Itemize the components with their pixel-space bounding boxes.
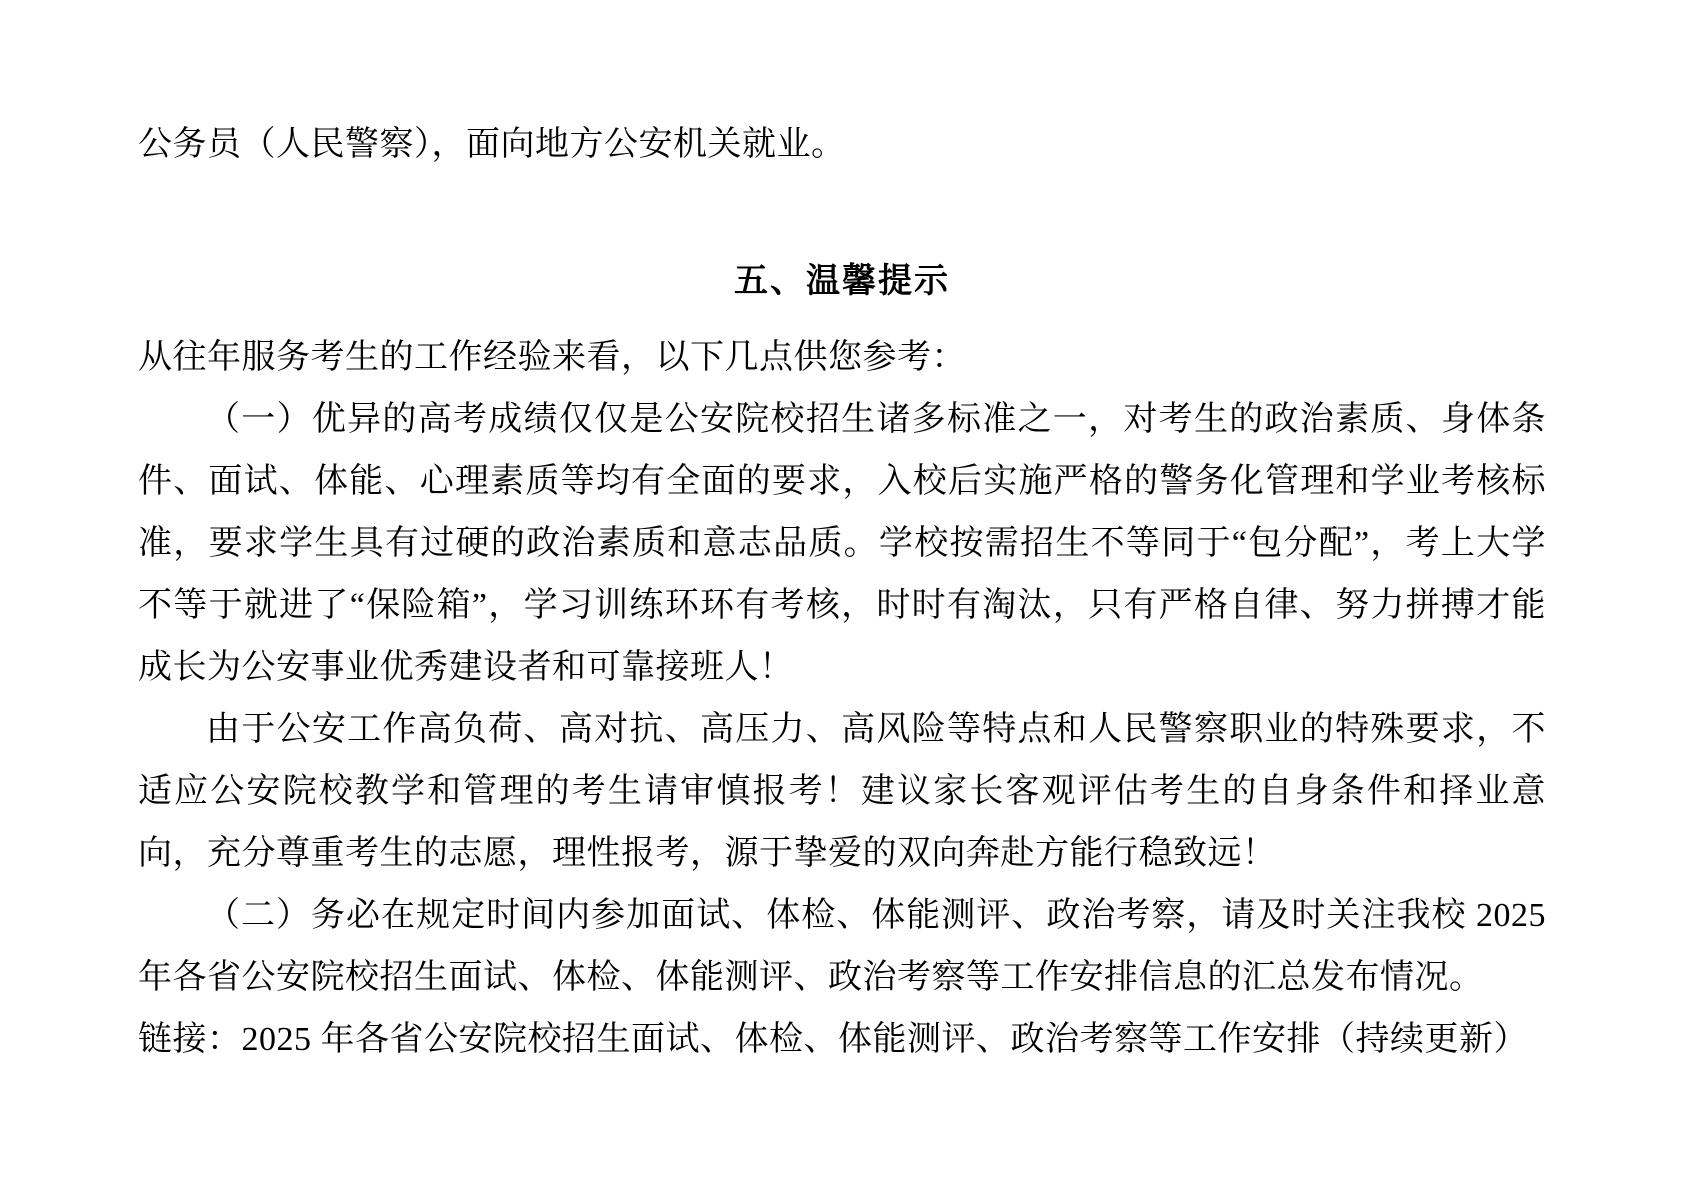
paragraph-intro: 从往年服务考生的工作经验来看，以下几点供您参考： <box>138 327 1546 389</box>
paragraph-continuation: 公务员（人民警察），面向地方公安机关就业。 <box>138 114 1546 176</box>
link-text[interactable]: 2025 年各省公安院校招生面试、体检、体能测评、政治考察等工作安排（持续更新） <box>242 1021 1529 1058</box>
section-heading: 五、温馨提示 <box>138 256 1546 306</box>
paragraph-point-one: （一）优异的高考成绩仅仅是公安院校招生诸多标准之一，对考生的政治素质、身体条件、… <box>138 389 1546 699</box>
link-line: 链接：2025 年各省公安院校招生面试、体检、体能测评、政治考察等工作安排（持续… <box>138 1009 1546 1071</box>
paragraph-point-one-continued: 由于公安工作高负荷、高对抗、高压力、高风险等特点和人民警察职业的特殊要求，不适应… <box>138 699 1546 885</box>
document-page: 公务员（人民警察），面向地方公安机关就业。 五、温馨提示 从往年服务考生的工作经… <box>0 0 1684 1191</box>
paragraph-point-two: （二）务必在规定时间内参加面试、体检、体能测评、政治考察，请及时关注我校 202… <box>138 885 1546 1009</box>
link-prefix: 链接： <box>138 1021 242 1058</box>
